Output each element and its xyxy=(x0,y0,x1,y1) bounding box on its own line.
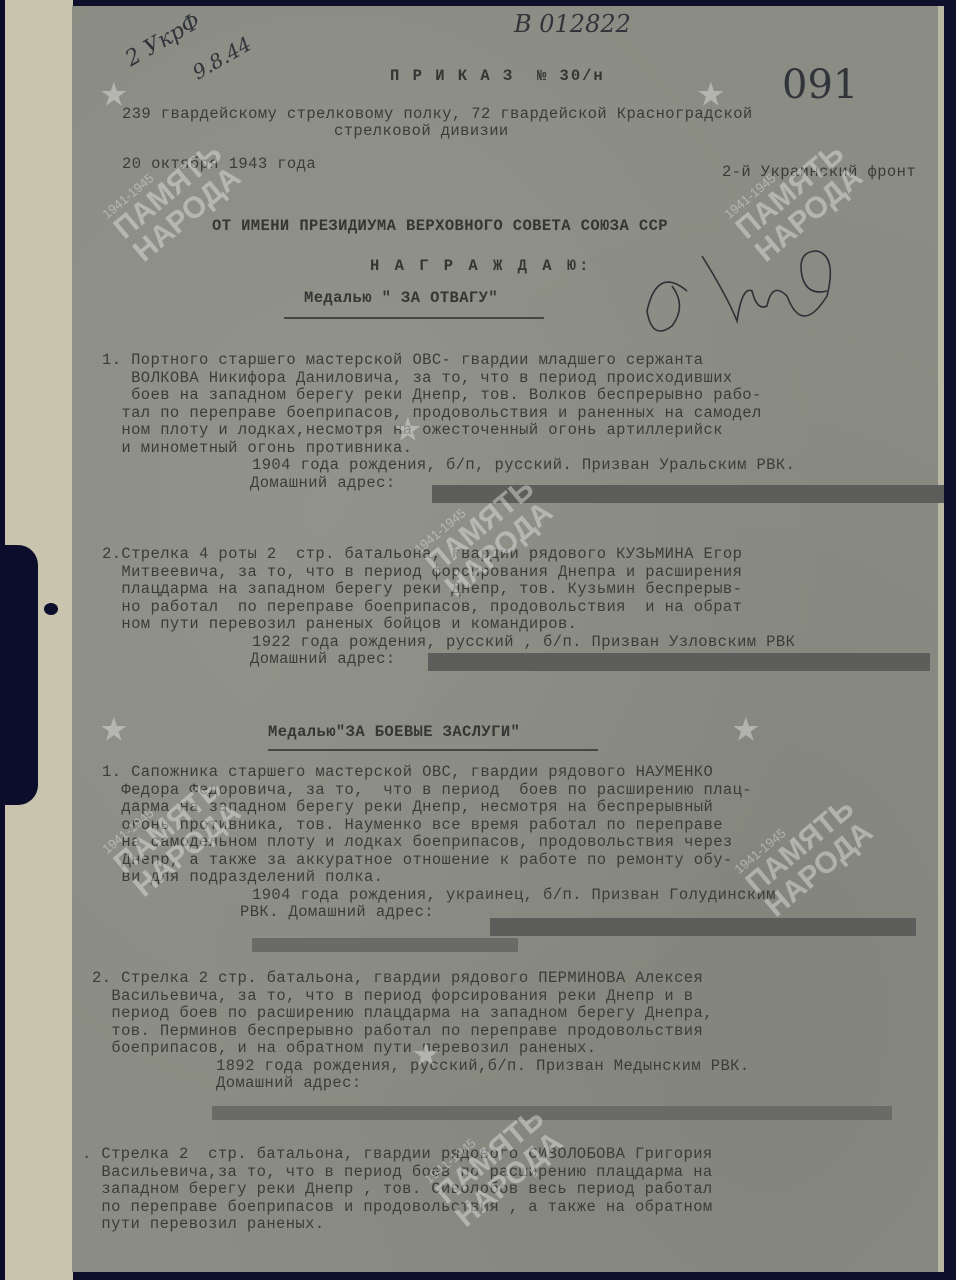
handwritten-note-2: 9.8.44 xyxy=(188,32,255,85)
entry-line: ви для подразделений полка. xyxy=(102,869,776,887)
birth-info: 1904 года рождения, украинец, б/п. Призв… xyxy=(102,887,776,905)
punch-hole xyxy=(44,603,58,615)
entry-line: боев на западном берегу реки Днепр, тов.… xyxy=(102,387,795,405)
entry-line: . Стрелка 2 стр. батальона, гвардии рядо… xyxy=(82,1146,713,1164)
entry-volkov: 1. Портного старшего мастерской ОВС- гва… xyxy=(102,352,795,492)
entry-line: период боев по расширению плацдарма на з… xyxy=(92,1005,750,1023)
watermark-star-icon: ★ xyxy=(100,71,128,117)
redacted-address xyxy=(428,653,930,671)
entry-line: пути перевозил раненых. xyxy=(82,1216,713,1234)
watermark-star-icon: ★ xyxy=(412,1031,440,1077)
handwritten-archive-number: В 012822 xyxy=(514,10,631,38)
medal-heading-combat-merit: Медалью"ЗА БОЕВЫЕ ЗАСЛУГИ" xyxy=(268,724,520,742)
entry-sivolobov: . Стрелка 2 стр. батальона, гвардии рядо… xyxy=(82,1146,713,1234)
heading-underline xyxy=(284,317,544,319)
order-title: П Р И К А З № 30/н xyxy=(390,68,605,86)
entry-line: 2. Стрелка 2 стр. батальона, гвардии ряд… xyxy=(92,970,750,988)
preamble: ОТ ИМЕНИ ПРЕЗИДИУМА ВЕРХОВНОГО СОВЕТА СО… xyxy=(212,218,668,236)
watermark-star-icon: ★ xyxy=(697,71,725,117)
heading-underline xyxy=(268,749,598,751)
entry-line: тал по переправе боеприпасов, продовольс… xyxy=(102,405,795,423)
redacted-address xyxy=(490,918,916,936)
entry-line: но работал по переправе боеприпасов, про… xyxy=(102,599,795,617)
redacted-address xyxy=(252,938,518,952)
watermark-star-icon: ★ xyxy=(732,706,760,752)
document-page: 2 УкрФ 9.8.44 В 012822 091 П Р И К А З №… xyxy=(72,6,944,1272)
entry-line: и минометный огонь противника. xyxy=(102,440,795,458)
birth-info: 1904 года рождения, б/п, русский. Призва… xyxy=(102,457,795,475)
handwritten-page-number: 091 xyxy=(782,62,858,108)
entry-line: 1. Портного старшего мастерской ОВС- гва… xyxy=(102,352,795,370)
birth-info: 1922 года рождения, русский , б/п. Призв… xyxy=(102,634,795,652)
unit-line-1: 239 гвардейскому стрелковому полку, 72 г… xyxy=(122,106,753,124)
entry-line: ВОЛКОВА Никифора Даниловича, за то, что … xyxy=(102,370,795,388)
watermark: 1941-1945 ПАМЯТЬ НАРОДА xyxy=(100,128,247,268)
watermark-star-icon: ★ xyxy=(100,706,128,752)
entry-line: ном пути перевозил раненых бойцов и кома… xyxy=(102,616,795,634)
entry-line: Васильевича,за то, что в период боев по … xyxy=(82,1164,713,1182)
watermark-star-icon: ★ xyxy=(394,406,422,452)
torn-edge xyxy=(0,545,38,805)
entry-line: по переправе боеприпасов и продовольстви… xyxy=(82,1199,713,1217)
entry-line: ном плоту и лодках,несмотря на ожесточен… xyxy=(102,422,795,440)
award-verb: Н А Г Р А Ж Д А Ю: xyxy=(370,258,591,276)
unit-line-2: стрелковой дивизии xyxy=(334,123,509,141)
redacted-address xyxy=(212,1106,892,1120)
entry-line: западном берегу реки Днепр , тов. Сиволо… xyxy=(82,1181,713,1199)
medal-heading-courage: Медалью " ЗА ОТВАГУ" xyxy=(304,290,498,308)
page-edge xyxy=(938,6,944,1272)
signature xyxy=(627,236,847,346)
entry-line: Васильевича, за то, что в период форсиро… xyxy=(92,988,750,1006)
